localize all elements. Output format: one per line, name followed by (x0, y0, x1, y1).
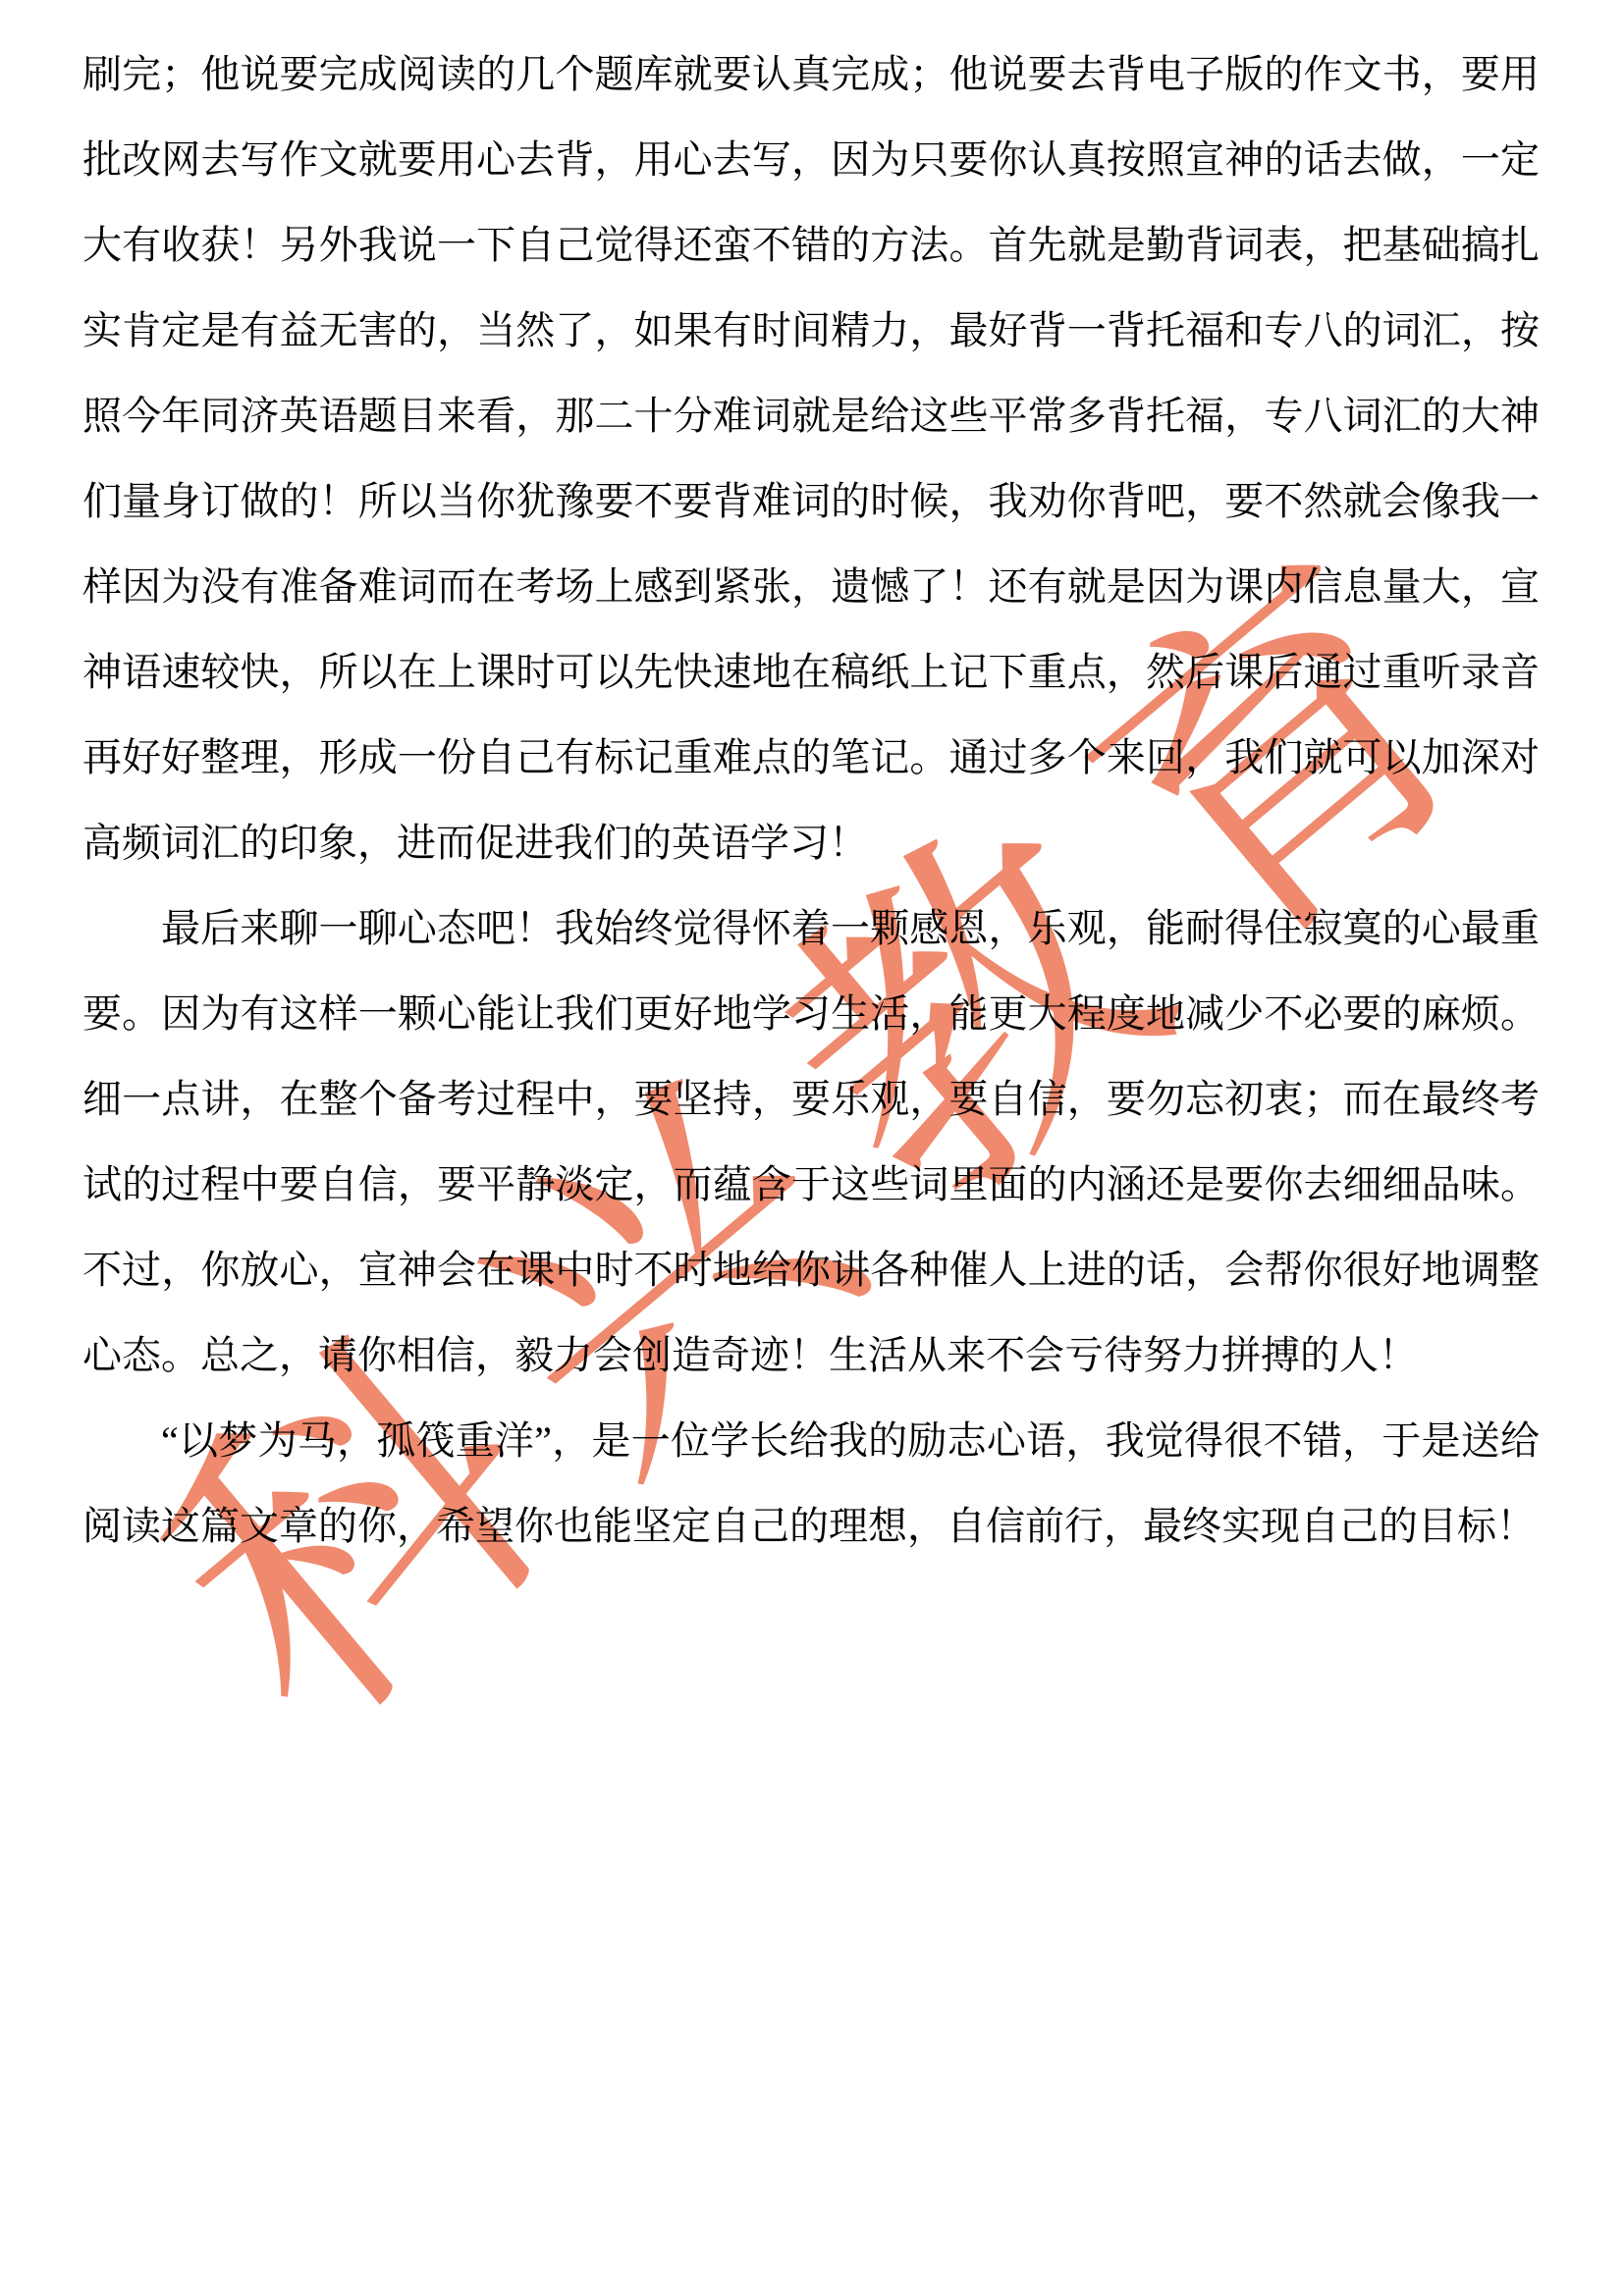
paragraph: 最后来聊一聊心态吧！我始终觉得怀着一颗感恩，乐观，能耐得住寂寞的心最重要。因为有… (82, 885, 1540, 1398)
paragraph: 刷完；他说要完成阅读的几个题库就要认真完成；他说要去背电子版的作文书，要用批改网… (82, 31, 1540, 885)
document-body: 刷完；他说要完成阅读的几个题库就要认真完成；他说要去背电子版的作文书，要用批改网… (82, 31, 1540, 1569)
document-page: 科兴教育 刷完；他说要完成阅读的几个题库就要认真完成；他说要去背电子版的作文书，… (0, 0, 1624, 2296)
paragraph: “以梦为马，孤筏重洋”，是一位学长给我的励志心语，我觉得很不错，于是送给阅读这篇… (82, 1398, 1540, 1569)
